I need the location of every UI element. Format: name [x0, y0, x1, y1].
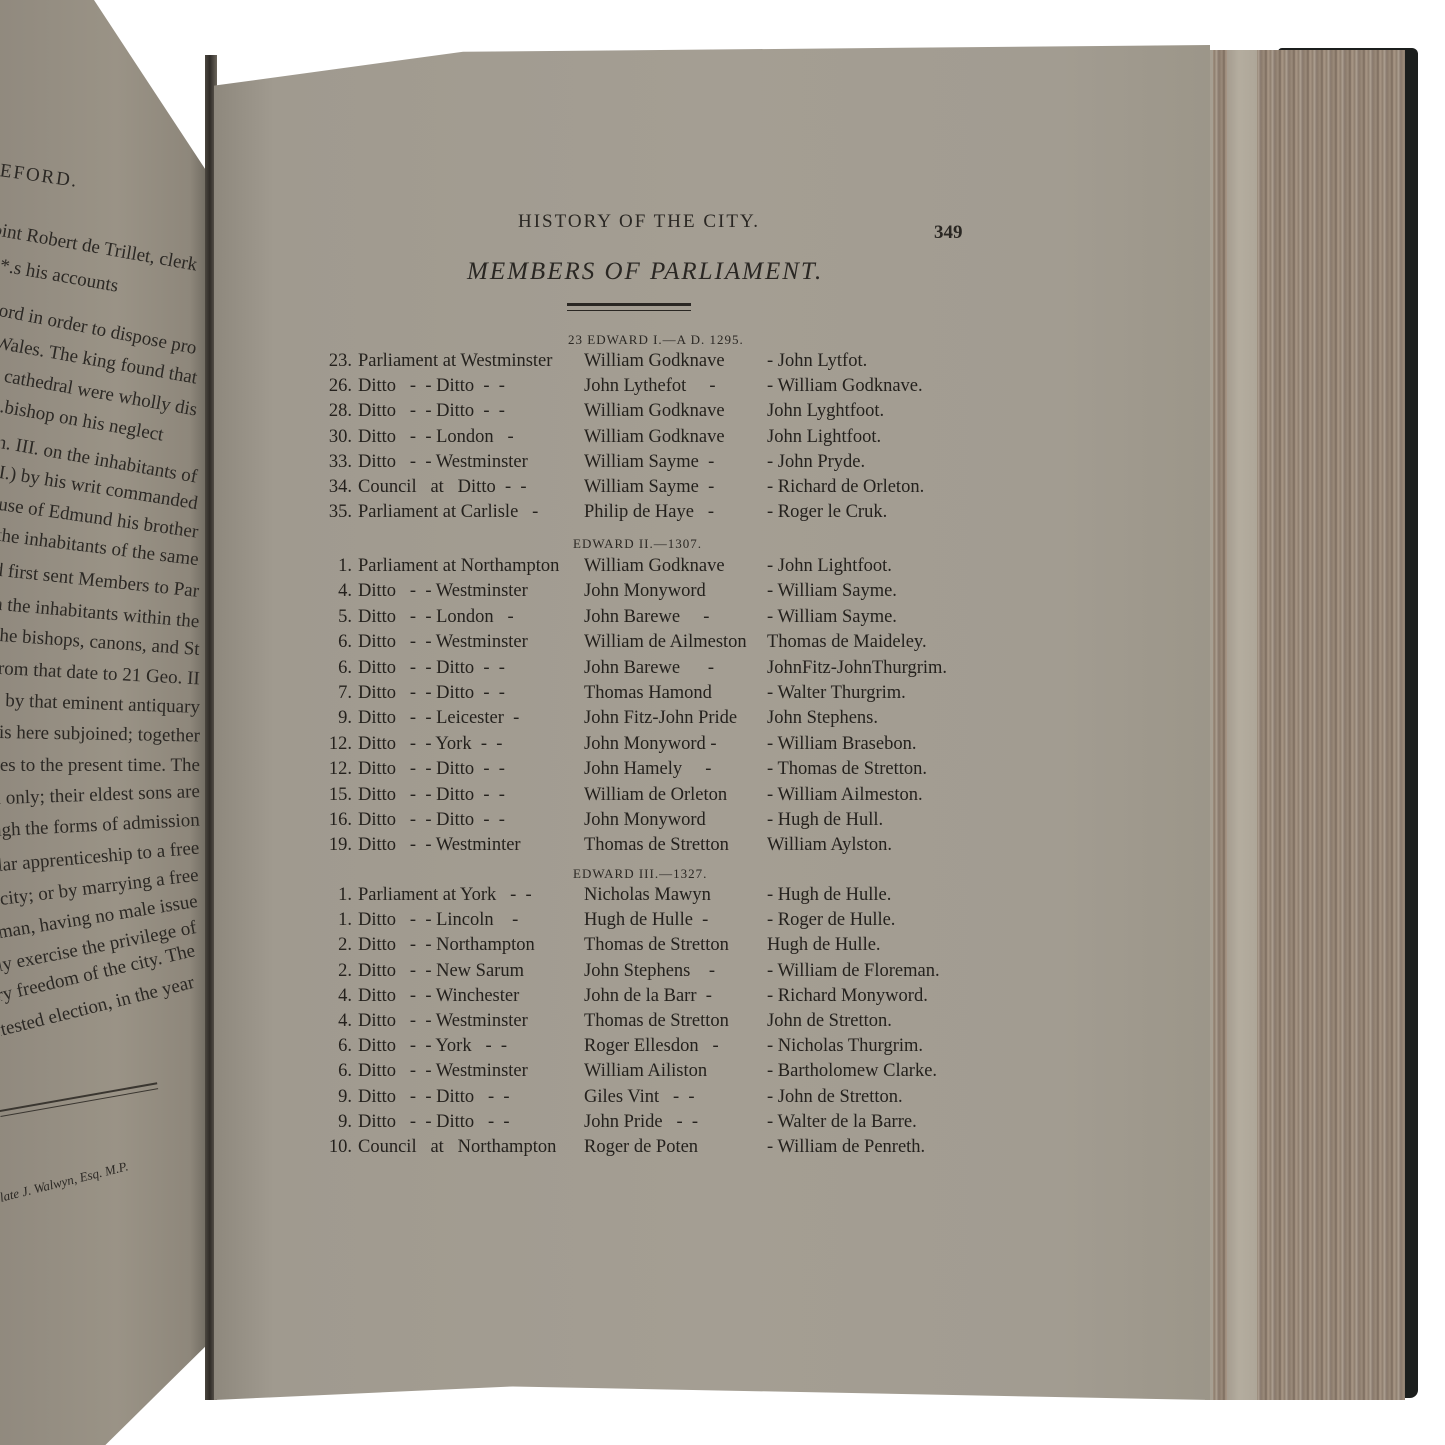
- year-cell: 6.: [312, 632, 352, 653]
- location-cell: Ditto - - Lincoln -: [358, 910, 518, 931]
- page-edges: [1205, 50, 1405, 1400]
- member-cell: Thomas Hamond: [584, 683, 712, 704]
- table-row: 28.Ditto - - Ditto - -William GodknaveJo…: [312, 401, 992, 425]
- location-cell: Council at Ditto - -: [358, 477, 527, 498]
- member-cell: - Nicholas Thurgrim.: [767, 1036, 923, 1057]
- table-row: 12.Ditto - - York - -John Monyword -- Wi…: [312, 734, 992, 758]
- location-cell: Ditto - - York - -: [358, 734, 502, 755]
- page-number: 349: [934, 222, 963, 244]
- location-cell: Ditto - - Ditto - -: [358, 1112, 510, 1133]
- member-cell: - William Sayme.: [767, 607, 897, 628]
- table-row: 33.Ditto - - WestminsterWilliam Sayme --…: [312, 452, 992, 476]
- year-cell: 9.: [312, 1112, 352, 1133]
- member-cell: John Lythefot -: [584, 376, 716, 397]
- location-cell: Ditto - - Westminster: [358, 632, 528, 653]
- table-row: 10.Council at NorthamptonRoger de Poten-…: [312, 1137, 992, 1161]
- year-cell: 9.: [312, 708, 352, 729]
- year-cell: 34.: [312, 477, 352, 498]
- member-cell: John Barewe -: [584, 658, 714, 679]
- member-cell: William Godknave: [584, 556, 725, 577]
- member-cell: - Walter Thurgrim.: [767, 683, 906, 704]
- table-row: 7.Ditto - - Ditto - -Thomas Hamond- Walt…: [312, 683, 992, 707]
- location-cell: Parliament at Northampton: [358, 556, 559, 577]
- year-cell: 4.: [312, 1011, 352, 1032]
- left-page-text: EFORD.point Robert de Trillet, clerk,s h…: [0, 0, 208, 1445]
- table-row: 2.Ditto - - New SarumJohn Stephens -- Wi…: [312, 961, 992, 985]
- year-cell: 33.: [312, 452, 352, 473]
- member-cell: John de la Barr -: [584, 986, 712, 1007]
- table-row: 6.Ditto - - WestminsterWilliam Ailiston-…: [312, 1061, 992, 1085]
- member-cell: John Monyword -: [584, 734, 717, 755]
- location-cell: Ditto - - Ditto - -: [358, 810, 505, 831]
- location-cell: Ditto - - Ditto - -: [358, 376, 505, 397]
- location-cell: Ditto - - Westminster: [358, 452, 528, 473]
- member-cell: Thomas de Stretton: [584, 1011, 729, 1032]
- location-cell: Ditto - - Westminster: [358, 1061, 528, 1082]
- year-cell: 6.: [312, 1036, 352, 1057]
- table-row: 1.Ditto - - Lincoln -Hugh de Hulle -- Ro…: [312, 910, 992, 934]
- member-cell: - William Sayme.: [767, 581, 897, 602]
- table-row: 9.Ditto - - Leicester -John Fitz-John Pr…: [312, 708, 992, 732]
- year-cell: 30.: [312, 427, 352, 448]
- member-cell: Thomas de Maideley.: [767, 632, 927, 653]
- table-row: 1.Parliament at NorthamptonWilliam Godkn…: [312, 556, 992, 580]
- table-row: 2.Ditto - - NorthamptonThomas de Stretto…: [312, 935, 992, 959]
- year-cell: 2.: [312, 961, 352, 982]
- left-page-line: ities to the present time. The: [0, 755, 200, 777]
- member-cell: Thomas de Stretton: [584, 835, 729, 856]
- member-cell: William Godknave: [584, 401, 725, 422]
- location-cell: Ditto - - York - -: [358, 1036, 507, 1057]
- member-cell: John de Stretton.: [767, 1011, 892, 1032]
- location-cell: Ditto - - Ditto - -: [358, 785, 505, 806]
- left-page-line: through the forms of admission.: [0, 810, 200, 842]
- year-cell: 26.: [312, 376, 352, 397]
- table-row: 4.Ditto - - WestminsterJohn Monyword- Wi…: [312, 581, 992, 605]
- member-cell: John Barewe -: [584, 607, 709, 628]
- location-cell: Ditto - - Northampton: [358, 935, 535, 956]
- reign-heading: EDWARD II.—1307.: [573, 536, 702, 552]
- table-row: 5.Ditto - - London -John Barewe -- Willi…: [312, 607, 992, 631]
- member-cell: William Godknave: [584, 351, 725, 372]
- title-rule-divider: [567, 303, 691, 311]
- member-cell: William Aylston.: [767, 835, 892, 856]
- table-row: 23.Parliament at WestminsterWilliam Godk…: [312, 351, 992, 375]
- member-cell: - William Ailmeston.: [767, 785, 923, 806]
- member-cell: William de Ailmeston: [584, 632, 747, 653]
- location-cell: Ditto - - London -: [358, 607, 514, 628]
- member-cell: JohnFitz-JohnThurgrim.: [767, 658, 947, 679]
- year-cell: 1.: [312, 556, 352, 577]
- year-cell: 4.: [312, 986, 352, 1007]
- table-row: 19.Ditto - - WestminterThomas de Stretto…: [312, 835, 992, 859]
- member-cell: William Sayme -: [584, 452, 714, 473]
- member-cell: - William Brasebon.: [767, 734, 916, 755]
- member-cell: John Lightfoot.: [767, 427, 881, 448]
- table-row: 4.Ditto - - WestminsterThomas de Stretto…: [312, 1011, 992, 1035]
- year-cell: 35.: [312, 502, 352, 523]
- table-row: 4.Ditto - - WinchesterJohn de la Barr --…: [312, 986, 992, 1010]
- member-cell: William de Orleton: [584, 785, 727, 806]
- member-cell: Nicholas Mawyn: [584, 885, 711, 906]
- year-cell: 28.: [312, 401, 352, 422]
- table-row: 30.Ditto - - London -William GodknaveJoh…: [312, 427, 992, 451]
- member-cell: - John de Stretton.: [767, 1087, 903, 1108]
- year-cell: 15.: [312, 785, 352, 806]
- table-row: 6.Ditto - - Ditto - -John Barewe -JohnFi…: [312, 658, 992, 682]
- year-cell: 16.: [312, 810, 352, 831]
- location-cell: Ditto - - Westminster: [358, 1011, 528, 1032]
- table-row: 12.Ditto - - Ditto - -John Hamely -- Tho…: [312, 759, 992, 783]
- table-row: 26.Ditto - - Ditto - -John Lythefot -- W…: [312, 376, 992, 400]
- member-cell: - Roger de Hulle.: [767, 910, 895, 931]
- member-cell: William Godknave: [584, 427, 725, 448]
- member-cell: John Monyword: [584, 581, 706, 602]
- location-cell: Ditto - - Winchester: [358, 986, 519, 1007]
- member-cell: John Stephens -: [584, 961, 715, 982]
- member-cell: - John Pryde.: [767, 452, 865, 473]
- member-cell: Thomas de Stretton: [584, 935, 729, 956]
- member-cell: - Roger le Cruk.: [767, 502, 887, 523]
- left-page-line: turns is here subjoined; together: [0, 722, 200, 747]
- member-cell: John Stephens.: [767, 708, 878, 729]
- year-cell: 9.: [312, 1087, 352, 1108]
- location-cell: Council at Northampton: [358, 1137, 556, 1158]
- member-cell: John Fitz-John Pride: [584, 708, 737, 729]
- member-cell: - John Lytfot.: [767, 351, 867, 372]
- year-cell: 5.: [312, 607, 352, 628]
- year-cell: 4.: [312, 581, 352, 602]
- member-cell: - Hugh de Hulle.: [767, 885, 891, 906]
- location-cell: Ditto - - Ditto - -: [358, 658, 505, 679]
- member-cell: William Ailiston: [584, 1061, 707, 1082]
- left-page-line: s,) by that eminent antiquary: [0, 690, 200, 719]
- left-page: EFORD.point Robert de Trillet, clerk,s h…: [0, 0, 208, 1445]
- location-cell: Ditto - - Ditto - -: [358, 1087, 510, 1108]
- member-cell: - William Godknave.: [767, 376, 923, 397]
- member-cell: John Hamely -: [584, 759, 711, 780]
- location-cell: Parliament at York - -: [358, 885, 532, 906]
- member-cell: - William de Penreth.: [767, 1137, 925, 1158]
- location-cell: Parliament at Westminster: [358, 351, 552, 372]
- page-title: MEMBERS OF PARLIAMENT.: [467, 258, 823, 286]
- member-cell: Hugh de Hulle.: [767, 935, 881, 956]
- location-cell: Ditto - - London -: [358, 427, 514, 448]
- table-row: 6.Ditto - - WestminsterWilliam de Ailmes…: [312, 632, 992, 656]
- table-row: 15.Ditto - - Ditto - -William de Orleton…: [312, 785, 992, 809]
- member-cell: Hugh de Hulle -: [584, 910, 708, 931]
- member-cell: John Monyword: [584, 810, 706, 831]
- year-cell: 6.: [312, 658, 352, 679]
- member-cell: - Richard Monyword.: [767, 986, 928, 1007]
- location-cell: Ditto - - Leicester -: [358, 708, 519, 729]
- member-cell: John Pride - -: [584, 1112, 698, 1133]
- table-row: 35.Parliament at Carlisle -Philip de Hay…: [312, 502, 992, 526]
- member-cell: - William de Floreman.: [767, 961, 940, 982]
- location-cell: Parliament at Carlisle -: [358, 502, 538, 523]
- member-cell: Roger Ellesdon -: [584, 1036, 719, 1057]
- year-cell: 23.: [312, 351, 352, 372]
- year-cell: 2.: [312, 935, 352, 956]
- year-cell: 19.: [312, 835, 352, 856]
- member-cell: John Lyghtfoot.: [767, 401, 884, 422]
- member-cell: Roger de Poten: [584, 1137, 698, 1158]
- left-page-line: from that date to 21 Geo. II.: [0, 658, 200, 690]
- member-cell: - John Lightfoot.: [767, 556, 892, 577]
- table-row: 16.Ditto - - Ditto - -John Monyword- Hug…: [312, 810, 992, 834]
- member-cell: - Richard de Orleton.: [767, 477, 924, 498]
- reign-heading: EDWARD III.—1327.: [573, 866, 707, 882]
- year-cell: 6.: [312, 1061, 352, 1082]
- table-row: 1.Parliament at York - -Nicholas Mawyn- …: [312, 885, 992, 909]
- running-head: HISTORY OF THE CITY.: [518, 211, 760, 233]
- year-cell: 1.: [312, 910, 352, 931]
- member-cell: - Bartholomew Clarke.: [767, 1061, 937, 1082]
- left-running-head: EFORD.: [0, 160, 80, 193]
- location-cell: Ditto - - Westminter: [358, 835, 521, 856]
- member-cell: - Thomas de Stretton.: [767, 759, 927, 780]
- table-row: 9.Ditto - - Ditto - -Giles Vint - -- Joh…: [312, 1087, 992, 1111]
- table-row: 9.Ditto - - Ditto - -John Pride - -- Wal…: [312, 1112, 992, 1136]
- year-cell: 12.: [312, 734, 352, 755]
- table-row: 6.Ditto - - York - -Roger Ellesdon -- Ni…: [312, 1036, 992, 1060]
- member-cell: William Sayme -: [584, 477, 714, 498]
- location-cell: Ditto - - Westminster: [358, 581, 528, 602]
- member-cell: Giles Vint - -: [584, 1087, 695, 1108]
- left-page-rule: [0, 1082, 158, 1117]
- left-footnote: late J. Walwyn, Esq. M.P.: [0, 1158, 130, 1205]
- reign-heading: 23 EDWARD I.—A D. 1295.: [568, 332, 744, 348]
- location-cell: Ditto - - Ditto - -: [358, 759, 505, 780]
- left-page-line: nen only; their eldest sons are: [0, 781, 200, 810]
- table-row: 34.Council at Ditto - -William Sayme -- …: [312, 477, 992, 501]
- year-cell: 12.: [312, 759, 352, 780]
- location-cell: Ditto - - Ditto - -: [358, 401, 505, 422]
- year-cell: 10.: [312, 1137, 352, 1158]
- location-cell: Ditto - - New Sarum: [358, 961, 524, 982]
- member-cell: - Walter de la Barre.: [767, 1112, 917, 1133]
- year-cell: 7.: [312, 683, 352, 704]
- location-cell: Ditto - - Ditto - -: [358, 683, 505, 704]
- member-cell: Philip de Haye -: [584, 502, 714, 523]
- member-cell: - Hugh de Hull.: [767, 810, 883, 831]
- year-cell: 1.: [312, 885, 352, 906]
- page-edge-band: [1227, 50, 1257, 1400]
